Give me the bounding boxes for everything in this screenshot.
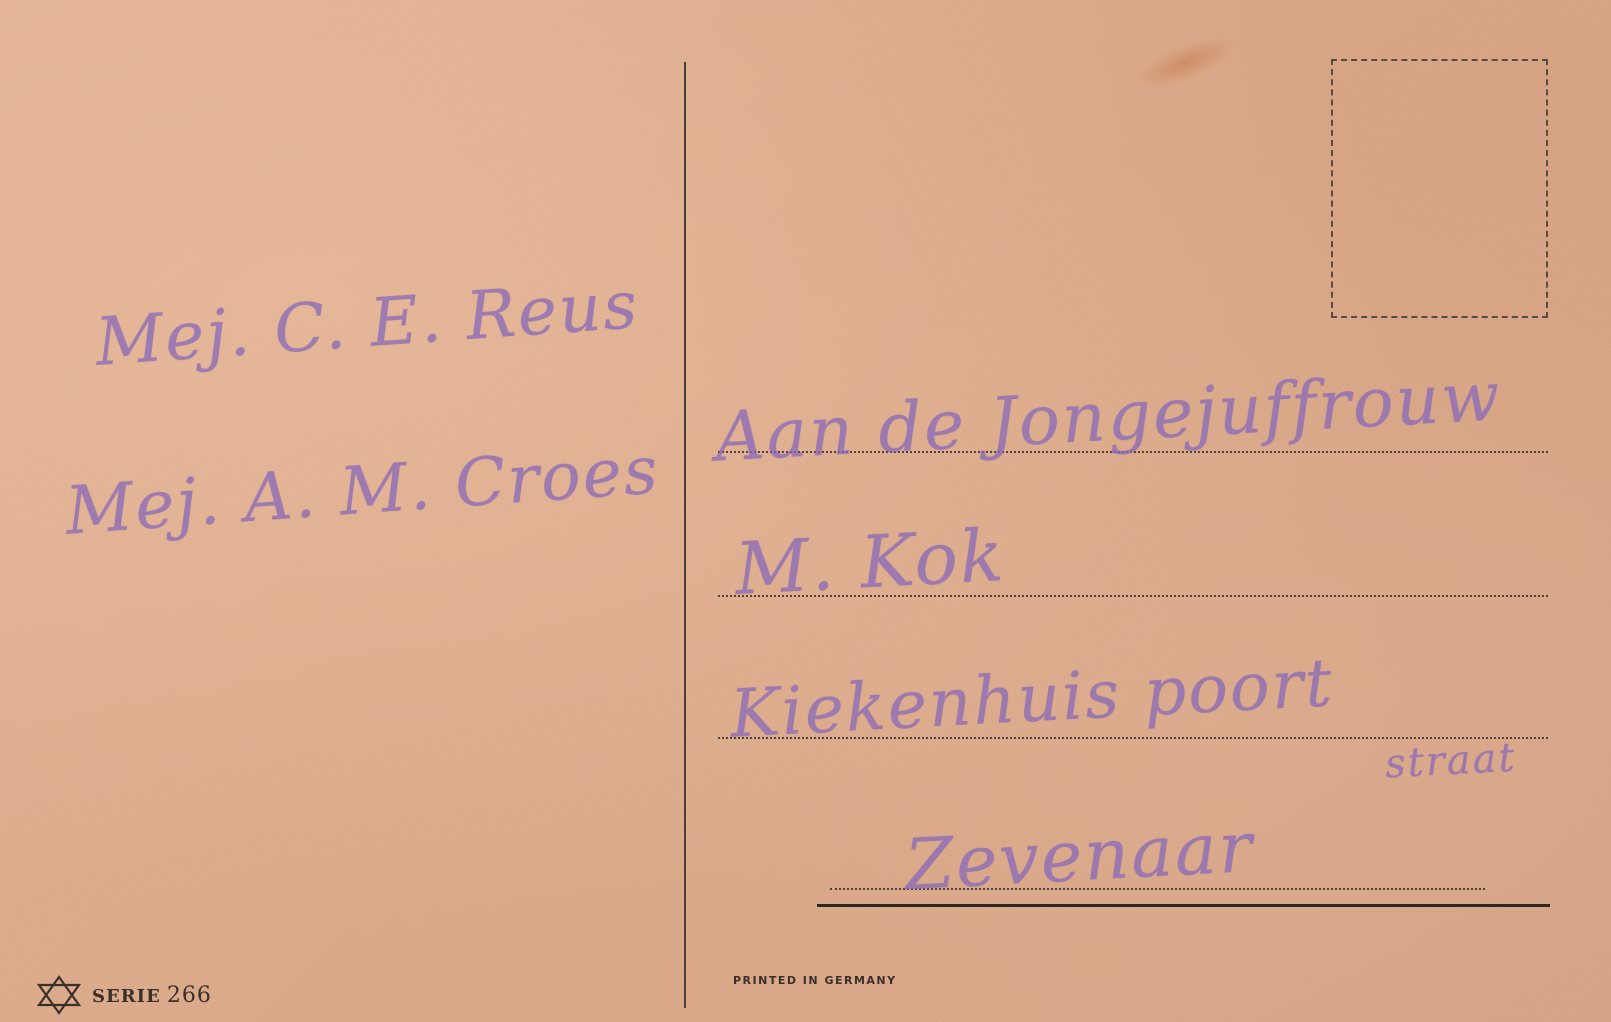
printed-in-label: PRINTED IN GERMANY xyxy=(733,974,897,987)
series-mark: SERIE266 xyxy=(36,975,212,1015)
addressee-title: Aan de Jongejuffrouw xyxy=(713,357,1503,477)
paper-stain xyxy=(1127,26,1242,101)
postcard-back: Mej. C. E. Reus Mej. A. M. Croes Aan de … xyxy=(0,0,1611,1022)
series-label: SERIE xyxy=(92,986,161,1007)
addressee-street-suffix: straat xyxy=(1384,735,1518,788)
sender-line-1: Mej. C. E. Reus xyxy=(93,266,641,381)
star-of-david-icon xyxy=(36,975,82,1015)
series-number: 266 xyxy=(167,983,212,1008)
series-text: SERIE266 xyxy=(92,983,212,1008)
stamp-box xyxy=(1331,59,1548,318)
addressee-town: Zevenaar xyxy=(903,806,1256,906)
center-divider xyxy=(684,62,686,1008)
addressee-name: M. Kok xyxy=(733,513,1007,611)
sender-line-2: Mej. A. M. Croes xyxy=(63,431,662,549)
